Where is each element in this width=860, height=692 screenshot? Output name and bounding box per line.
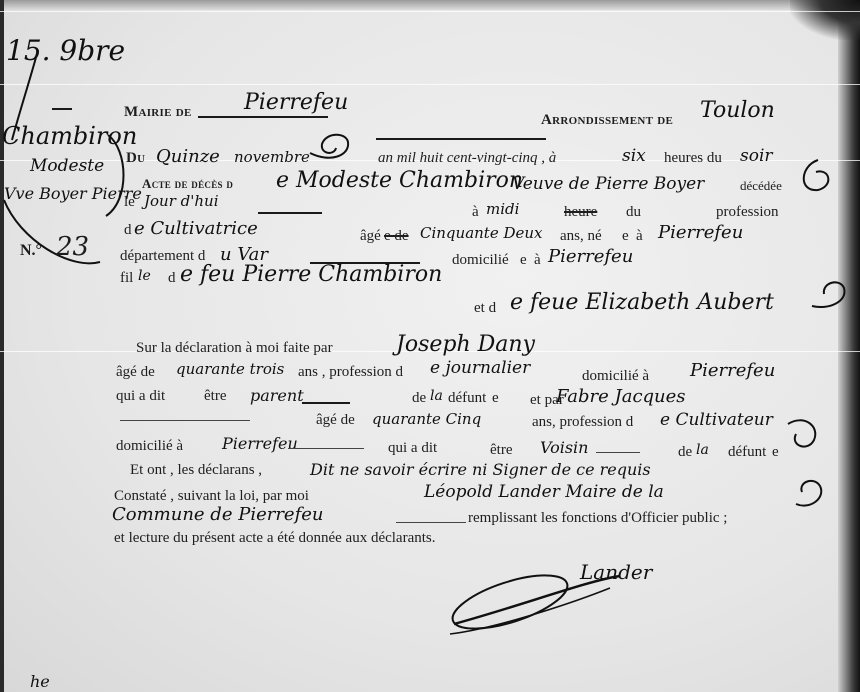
scan-edge-top	[0, 0, 860, 10]
hour-value: six	[622, 146, 646, 166]
day-value: Quinze	[156, 146, 220, 167]
month-value: novembre	[234, 148, 310, 166]
flourish	[300, 128, 360, 168]
decede-label: décédée	[740, 178, 782, 194]
d2-label: d	[168, 270, 176, 287]
constate-label: Constaté , suivant la loi, par moi	[114, 488, 309, 505]
mother-name: e feue Elizabeth Aubert	[510, 290, 774, 315]
fils-label: fil	[120, 270, 133, 287]
a3-label: à	[534, 252, 541, 269]
deceased-age: Cinquante Deux	[420, 224, 543, 242]
quiadit-label: qui a dit	[116, 388, 165, 405]
du-label-2: du	[626, 204, 641, 221]
declarant1-relation: parent	[250, 386, 304, 405]
declarant2-domicile: Pierrefeu	[222, 434, 298, 453]
du-label: Du	[126, 150, 145, 167]
declarant2-name: Fabre Jacques	[556, 386, 686, 407]
deceased-name: e Modeste Chambiron	[276, 168, 523, 193]
death-hour: midi	[486, 200, 519, 218]
defunt-suffix: e	[492, 390, 499, 407]
d-label: d	[124, 222, 132, 239]
mairie-label: Mairie de	[124, 104, 192, 121]
fils-suffix: le	[138, 268, 151, 284]
defunt-suffix-2: e	[772, 444, 779, 461]
father-name: e feu Pierre Chambiron	[180, 262, 442, 287]
ne-suffix: e	[622, 228, 629, 245]
remplissant-text: remplissant les fonctions d'Officier pub…	[468, 510, 727, 527]
document-page: 15. 9bre Chambiron Modeste Vve Boyer Pie…	[0, 0, 860, 692]
de-suffix: la	[430, 388, 443, 404]
header-rule	[376, 138, 546, 140]
arrondissement-value: Toulon	[700, 98, 775, 123]
declaration-intro: Sur la déclaration à moi faite par	[136, 340, 333, 357]
age-label-d1: âgé de	[116, 364, 155, 381]
field-underline	[288, 448, 364, 449]
heure-label: heure	[564, 204, 597, 221]
ans-profession-label-2: ans, profession d	[532, 414, 633, 431]
field-underline	[258, 212, 322, 214]
ans-profession-label: ans , profession d	[298, 364, 403, 381]
field-underline	[596, 452, 640, 453]
defunt-label-2: défunt	[728, 444, 766, 461]
declarant2-relation: Voisin	[540, 438, 588, 457]
scan-edge-right	[838, 0, 860, 692]
field-underline	[120, 420, 250, 421]
record-number-label: N.°	[20, 242, 42, 260]
domicile-label: domicilié	[452, 252, 509, 269]
defunt-label: défunt	[448, 390, 486, 407]
scan-corner-shadow	[790, 0, 860, 40]
field-underline	[198, 116, 328, 118]
flourish	[790, 476, 830, 512]
domicile-suffix: e	[520, 252, 527, 269]
deceased-relation: Veuve de Pierre Boyer	[512, 174, 704, 194]
et-label: et d	[474, 300, 496, 317]
hours-label: heures du	[664, 150, 722, 167]
de-suffix-2: la	[696, 442, 709, 458]
declarant1-domicile: Pierrefeu	[690, 360, 775, 381]
scan-line	[0, 11, 860, 12]
declarant1-profession: e journalier	[430, 358, 530, 378]
signature-statement: Dit ne savoir écrire ni Signer de ce req…	[310, 460, 651, 479]
officer-commune: Commune de Pierrefeu	[112, 504, 324, 525]
period-value: soir	[740, 146, 773, 166]
le-label: le	[124, 194, 135, 211]
de-label-2: de	[678, 444, 692, 461]
mairie-value: Pierrefeu	[244, 90, 348, 115]
domicile-value: Pierrefeu	[548, 246, 633, 267]
ans-label: ans, né	[560, 228, 602, 245]
arrondissement-label: Arrondissement de	[541, 112, 673, 129]
flourish	[790, 156, 840, 196]
year-text: an mil huit cent-vingt-cinq , à	[378, 150, 556, 167]
domicile-label-d1: domicilié à	[582, 368, 649, 385]
de-label: de	[412, 390, 426, 407]
age-label-d2: âgé de	[316, 412, 355, 429]
officer-name: Léopold Lander Maire de la	[424, 482, 664, 502]
a-label: à	[472, 204, 479, 221]
flourish	[808, 276, 858, 316]
flourish	[784, 414, 824, 454]
declarant1-age: quarante trois	[176, 360, 284, 378]
birthplace: Pierrefeu	[658, 222, 743, 243]
death-day: Jour d'hui	[144, 192, 219, 210]
field-underline	[396, 522, 466, 523]
a2-label: à	[636, 228, 643, 245]
acte-label: Acte de décès d	[142, 176, 233, 192]
age-label: âgé	[360, 228, 381, 245]
quiadit-label-2: qui a dit	[388, 440, 437, 457]
profession-label: profession	[716, 204, 779, 221]
signature-paraph	[440, 570, 640, 650]
next-record-fragment: he	[30, 672, 50, 691]
field-underline	[302, 402, 350, 404]
et-ont-label: Et ont , les déclarans ,	[130, 462, 262, 479]
etre-label: être	[204, 388, 226, 405]
declarant1-name: Joseph Dany	[396, 332, 535, 357]
etre-label-2: être	[490, 442, 512, 459]
declarant2-profession: e Cultivateur	[660, 410, 773, 430]
deceased-profession: e Cultivatrice	[134, 218, 258, 239]
domicile-label-d2: domicilié à	[116, 438, 183, 455]
record-number: 23	[56, 232, 89, 262]
lecture-text: et lecture du présent acte a été donnée …	[114, 530, 436, 547]
declarant2-age: quarante Cinq	[372, 410, 481, 428]
age-prefix: e de	[384, 228, 409, 245]
